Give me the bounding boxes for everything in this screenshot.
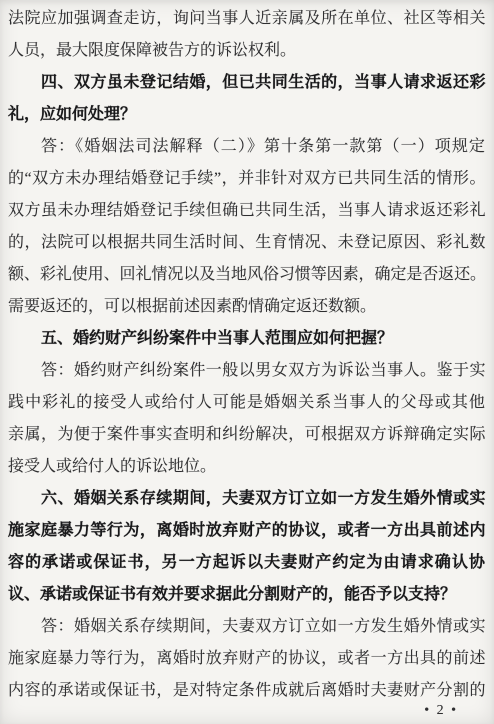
doc-line: 亲属，为便于案件事实查明和纠纷解决，可根据双方诉辩确定实际 — [8, 419, 486, 451]
doc-line: 需要返还的，可以根据前述因素酌情确定返还数额。 — [8, 291, 486, 323]
doc-line-question-5: 五、婚约财产纠纷案件中当事人范围应如何把握？ — [8, 323, 486, 355]
doc-line-question-6: 六、婚姻关系存续期间，夫妻双方订立如一方发生婚外情或实 — [8, 483, 486, 515]
doc-line-text: 四、双方虽未登记结婚，但已共同生活的，当事人请求返还彩 — [41, 67, 486, 99]
doc-line: 的“双方未办理结婚登记手续”，并非针对双方已共同生活的情形。 — [8, 163, 486, 195]
doc-line-answer: 答：婚姻关系存续期间，夫妻双方订立如一方发生婚外情或实 — [8, 611, 486, 643]
doc-line-text: 答：婚约财产纠纷案件一般以男女双方为诉讼当事人。鉴于实 — [41, 355, 486, 387]
doc-line-text: 六、婚姻关系存续期间，夫妻双方订立如一方发生婚外情或实 — [41, 483, 486, 515]
document-page: 法院应加强调查走访，询问当事人近亲属及所在单位、社区等相关 人员，最大限度保障被… — [0, 0, 494, 724]
doc-line: 双方虽未办理结婚登记手续但确已共同生活，当事人请求返还彩礼 — [8, 195, 486, 227]
doc-line-text: 施家庭暴力等行为，离婚时放弃财产的协议，或者一方出具的前述 — [8, 643, 486, 675]
doc-line-question-4: 礼，应如何处理？ — [8, 99, 486, 131]
doc-line-text: 容的承诺或保证书，另一方起诉以夫妻财产约定为由请求确认协 — [8, 547, 486, 579]
doc-line-text: 额、彩礼使用、回礼情况以及当地风俗习惯等因素，确定是否返还。 — [8, 259, 486, 291]
doc-line-question-4: 四、双方虽未登记结婚，但已共同生活的，当事人请求返还彩 — [8, 67, 486, 99]
doc-line-text: 法院应加强调查走访，询问当事人近亲属及所在单位、社区等相关 — [8, 3, 486, 35]
doc-line: 接受人或给付人的诉讼地位。 — [8, 451, 486, 483]
doc-line: 的，法院可以根据共同生活时间、生育情况、未登记原因、彩礼数 — [8, 227, 486, 259]
doc-line-question-6: 施家庭暴力等行为，离婚时放弃财产的协议，或者一方出具前述内 — [8, 515, 486, 547]
doc-line-text: 接受人或给付人的诉讼地位。 — [8, 451, 216, 483]
doc-line: 践中彩礼的接受人或给付人可能是婚姻关系当事人的父母或其他 — [8, 387, 486, 419]
doc-line-text: 人员，最大限度保障被告方的诉讼权利。 — [8, 35, 296, 67]
doc-line-answer: 答：《婚姻法司法解释（二）》第十条第一款第（一）项规定 — [8, 131, 486, 163]
doc-line-text: 内容的承诺或保证书，是对特定条件成就后离婚时夫妻财产分割的 — [8, 675, 486, 707]
page-number: • 2 • — [424, 703, 458, 719]
doc-line-text: 答：《婚姻法司法解释（二）》第十条第一款第（一）项规定 — [41, 131, 486, 163]
doc-line-text: 礼，应如何处理？ — [8, 99, 136, 131]
doc-line-text: 亲属，为便于案件事实查明和纠纷解决，可根据双方诉辩确定实际 — [8, 419, 486, 451]
doc-line-text: 答：婚姻关系存续期间，夫妻双方订立如一方发生婚外情或实 — [41, 611, 486, 643]
doc-line-text: 议、承诺或保证书有效并要求据此分割财产的，能否予以支持？ — [8, 579, 456, 611]
document-text: 法院应加强调查走访，询问当事人近亲属及所在单位、社区等相关 人员，最大限度保障被… — [8, 3, 486, 707]
doc-line: 人员，最大限度保障被告方的诉讼权利。 — [8, 35, 486, 67]
doc-line-text: 的“双方未办理结婚登记手续”，并非针对双方已共同生活的情形。 — [8, 163, 486, 195]
doc-line-question-6: 议、承诺或保证书有效并要求据此分割财产的，能否予以支持？ — [8, 579, 486, 611]
doc-line-text: 双方虽未办理结婚登记手续但确已共同生活，当事人请求返还彩礼 — [8, 195, 486, 227]
doc-line: 内容的承诺或保证书，是对特定条件成就后离婚时夫妻财产分割的 — [8, 675, 486, 707]
doc-line-text: 践中彩礼的接受人或给付人可能是婚姻关系当事人的父母或其他 — [8, 387, 486, 419]
doc-line-text: 的，法院可以根据共同生活时间、生育情况、未登记原因、彩礼数 — [8, 227, 486, 259]
doc-line-text: 五、婚约财产纠纷案件中当事人范围应如何把握？ — [41, 323, 393, 355]
doc-line-text: 施家庭暴力等行为，离婚时放弃财产的协议，或者一方出具前述内 — [8, 515, 486, 547]
doc-line-answer: 答：婚约财产纠纷案件一般以男女双方为诉讼当事人。鉴于实 — [8, 355, 486, 387]
doc-line: 额、彩礼使用、回礼情况以及当地风俗习惯等因素，确定是否返还。 — [8, 259, 486, 291]
doc-line: 施家庭暴力等行为，离婚时放弃财产的协议，或者一方出具的前述 — [8, 643, 486, 675]
doc-line-text: 需要返还的，可以根据前述因素酌情确定返还数额。 — [8, 291, 376, 323]
doc-line: 法院应加强调查走访，询问当事人近亲属及所在单位、社区等相关 — [8, 3, 486, 35]
doc-line-question-6: 容的承诺或保证书，另一方起诉以夫妻财产约定为由请求确认协 — [8, 547, 486, 579]
